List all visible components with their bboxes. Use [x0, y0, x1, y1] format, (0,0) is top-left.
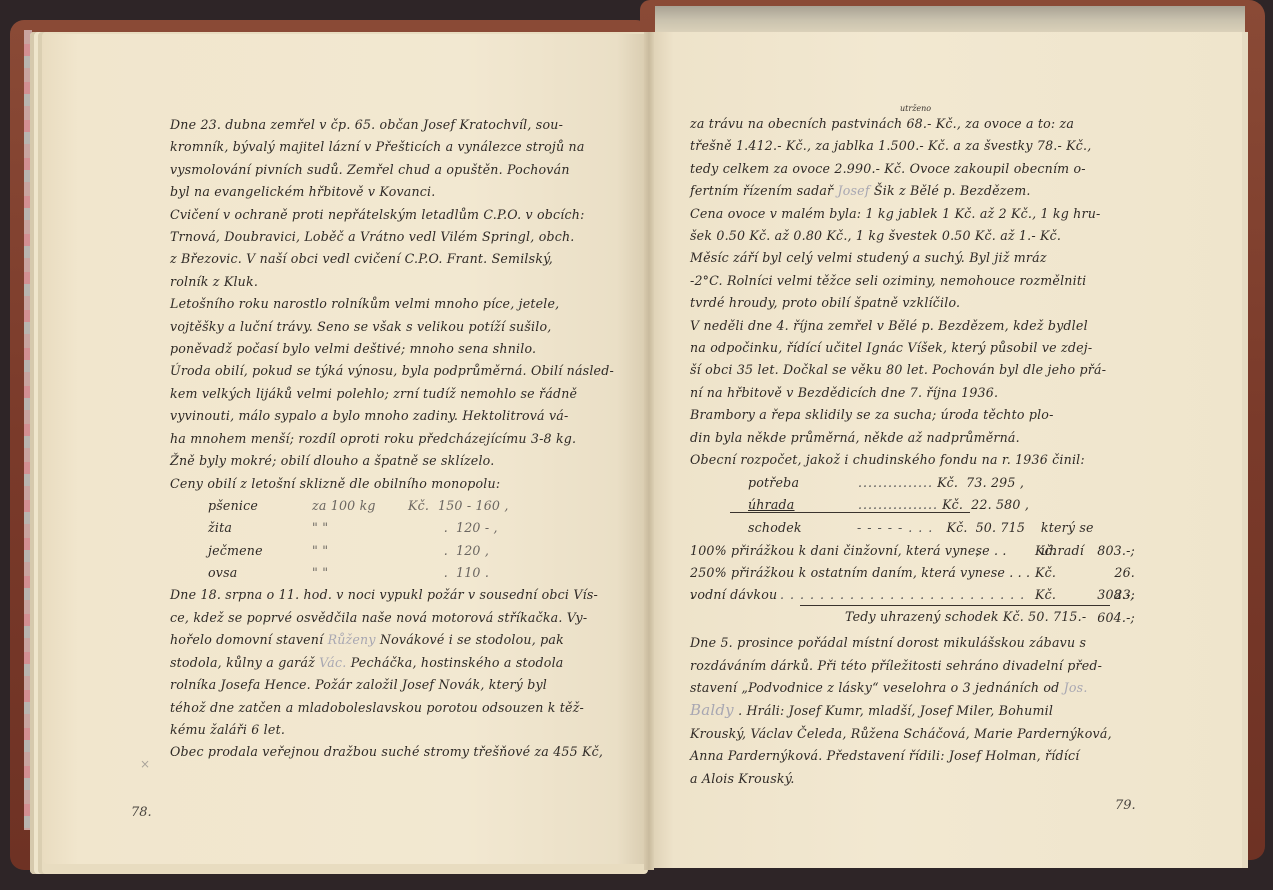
- coverage-amount: 23. 604.-;: [1075, 584, 1135, 606]
- text-line: za trávu na obecních pastvinách 68.- Kč.…: [690, 113, 1140, 135]
- text-line: vyvinouti, málo sypalo a bylo mnoho zadi…: [170, 405, 600, 427]
- grain-name: ječmene: [208, 540, 312, 562]
- paragraph-air-defense: Cvičení v ochraně proti nepřátelským let…: [170, 204, 600, 294]
- text-line: rolníka Josefa Hence. Požár založil Jose…: [170, 674, 600, 696]
- coverage-currency: Kč.: [1035, 540, 1075, 562]
- text-line: Dne 18. srpna o 11. hod. v noci vypukl p…: [170, 584, 600, 606]
- budget-currency: Kč.: [942, 494, 963, 516]
- text-line: ce, kdež se poprvé osvědčila naše nová m…: [170, 607, 600, 629]
- coverage-row: vodní dávkou . . . . . . . . . . . . . .…: [690, 584, 1140, 606]
- budget-currency: Kč.: [937, 472, 958, 494]
- text-segment: hořelo domovní stavení: [170, 632, 323, 647]
- grain-name: ovsa: [208, 562, 312, 584]
- text-line: ší obci 35 let. Dočkal se věku 80 let. P…: [690, 359, 1140, 381]
- page-number-right: 79.: [1115, 798, 1136, 813]
- right-page-text: za trávu na obecních pastvinách 68.- Kč.…: [690, 113, 1140, 790]
- text-line: kromník, bývalý majitel lázní v Přešticí…: [170, 136, 600, 158]
- coverage-text: 250% přirážkou k ostatním daním, která v…: [690, 562, 1035, 584]
- pencil-annotation: Růženy: [328, 632, 376, 647]
- text-line: kem velkých lijáků velmi polehlo; zrní t…: [170, 383, 600, 405]
- price-row: pšenice za 100 kg Kč. 150 - 160 ,: [208, 495, 600, 517]
- grain-unit: " ": [312, 517, 408, 539]
- text-line: rolník z Kluk.: [170, 271, 600, 293]
- coverage-currency: Kč.: [1035, 562, 1075, 584]
- text-line: kému žaláři 6 let.: [170, 719, 600, 741]
- text-line: Baldy . Hráli: Josef Kumr, mladší, Josef…: [690, 699, 1140, 722]
- grain-price: 120 - ,: [456, 517, 576, 539]
- text-line: -2°C. Rolníci velmi těžce seli oziminy, …: [690, 270, 1140, 292]
- text-segment: Pecháčka, hostinského a stodola: [351, 655, 564, 670]
- text-line: Obecní rozpočet, jakož i chudinského fon…: [690, 449, 1140, 471]
- budget-total-row: Tedy uhrazený schodek Kč. 50. 715.-: [690, 606, 1140, 628]
- budget-dots: - - - - - . . . .: [857, 517, 943, 539]
- price-row: ovsa " " . 110 .: [208, 562, 600, 584]
- text-line: V neděli dne 4. října zemřel v Bělé p. B…: [690, 315, 1140, 337]
- text-line: stavení „Podvodnice z lásky“ veselohra o…: [690, 677, 1140, 699]
- paragraph-fruit-sales: za trávu na obecních pastvinách 68.- Kč.…: [690, 113, 1140, 203]
- budget-row: schodek - - - - - . . . . Kč. 50. 715 , …: [690, 517, 1140, 539]
- budget-label: úhrada: [690, 494, 858, 516]
- text-line: a Alois Krouský.: [690, 768, 1140, 790]
- text-segment: fertním řízením sadař: [690, 183, 833, 198]
- coverage-text: vodní dávkou: [690, 584, 780, 606]
- text-line: byl na evangelickém hřbitově v Kovanci.: [170, 181, 600, 203]
- budget-amount: 22. 580 ,: [971, 494, 1029, 516]
- text-line: ha mnohem menší; rozdíl oproti roku před…: [170, 428, 600, 450]
- text-line: Ceny obilí z letošní sklizně dle obilníh…: [170, 473, 600, 495]
- budget-label: schodek: [690, 517, 857, 539]
- text-line: hořelo domovní stavení Růženy Novákové i…: [170, 629, 600, 651]
- grain-currency: .: [408, 562, 456, 584]
- text-line: Žně byly mokré; obilí dlouho a špatně se…: [170, 450, 600, 472]
- budget-row: úhrada ................ Kč. 22. 580 ,: [690, 494, 1140, 516]
- text-line: vojtěšky a luční trávy. Seno se však s v…: [170, 316, 600, 338]
- grain-unit: " ": [312, 540, 408, 562]
- text-segment: stodola, kůlny a garáž: [170, 655, 315, 670]
- text-line: Měsíc září byl celý velmi studený a such…: [690, 247, 1140, 269]
- coverage-amount: 803.-;: [1075, 540, 1135, 562]
- coverage-row: 100% přirážkou k dani činžovní, která vy…: [690, 540, 1140, 562]
- coverage-text: 100% přirážkou k dani činžovní, která vy…: [690, 540, 1035, 562]
- coverage-amount: 26. 308.-;: [1075, 562, 1135, 584]
- paragraph-kratochvil-death: Dne 23. dubna zemřel v čp. 65. občan Jos…: [170, 114, 600, 204]
- budget-table: potřeba ............... Kč. 73. 295 , úh…: [690, 472, 1140, 629]
- paragraph-fruit-prices: Cena ovoce v malém byla: 1 kg jablek 1 K…: [690, 203, 1140, 248]
- text-line: šek 0.50 Kč. až 0.80 Kč., 1 kg švestek 0…: [690, 225, 1140, 247]
- text-line: rozdáváním dárků. Při této příležitosti …: [690, 655, 1140, 677]
- pencil-annotation: Baldy: [690, 701, 734, 719]
- grain-unit: " ": [312, 562, 408, 584]
- paragraph-potato-harvest: Brambory a řepa sklidily se za sucha; úr…: [690, 404, 1140, 449]
- text-line: tvrdé hroudy, proto obilí špatně vzklíči…: [690, 292, 1140, 314]
- text-line: ní na hřbitově v Bezdědicích dne 7. říjn…: [690, 382, 1140, 404]
- text-line: Dne 23. dubna zemřel v čp. 65. občan Jos…: [170, 114, 600, 136]
- stray-mark: ×: [140, 757, 150, 771]
- margin-note: utrženo: [900, 104, 931, 113]
- paragraph-fire: Dne 18. srpna o 11. hod. v noci vypukl p…: [170, 584, 600, 741]
- left-page-text: Dne 23. dubna zemřel v čp. 65. občan Jos…: [170, 114, 600, 764]
- text-line: tedy celkem za ovoce 2.990.- Kč. Ovoce z…: [690, 158, 1140, 180]
- text-segment: . Hráli: Josef Kumr, mladší, Josef Miler…: [738, 703, 1053, 718]
- text-line: Trnová, Doubravici, Loběč a Vrátno vedl …: [170, 226, 600, 248]
- text-segment: stavení „Podvodnice z lásky“ veselohra o…: [690, 680, 1059, 695]
- grain-price: 120 ,: [456, 540, 576, 562]
- text-line: Krouský, Václav Čeleda, Růžena Scháčová,…: [690, 723, 1140, 745]
- text-segment: Šik z Bělé p. Bezdězem.: [874, 183, 1031, 198]
- page-number-left: 78.: [131, 805, 152, 820]
- text-line: z Březovic. V naší obci vedl cvičení C.P…: [170, 248, 600, 270]
- grain-currency: Kč.: [408, 495, 438, 517]
- paragraph-st-nicholas-party: Dne 5. prosince pořádal místní dorost mi…: [690, 632, 1140, 790]
- budget-section: Obecní rozpočet, jakož i chudinského fon…: [690, 449, 1140, 628]
- paragraph-teacher-death: V neděli dne 4. října zemřel v Bělé p. B…: [690, 315, 1140, 405]
- text-line: na odpočinku, řídící učitel Ignác Víšek,…: [690, 337, 1140, 359]
- budget-amount: 50. 715 ,: [976, 517, 1033, 539]
- price-row: ječmene " " . 120 ,: [208, 540, 600, 562]
- grain-name: žita: [208, 517, 312, 539]
- budget-dots: ...............: [858, 472, 933, 494]
- book-gutter: [644, 32, 654, 870]
- text-line: fertním řízením sadař Josef Šik z Bělé p…: [690, 180, 1140, 202]
- text-line: téhož dne zatčen a mladoboleslavskou por…: [170, 697, 600, 719]
- grain-currency: .: [408, 540, 456, 562]
- budget-row: potřeba ............... Kč. 73. 295 ,: [690, 472, 1140, 494]
- grain-price-table: pšenice za 100 kg Kč. 150 - 160 , žita "…: [208, 495, 600, 585]
- grain-currency: .: [408, 517, 456, 539]
- text-line: Brambory a řepa sklidily se za sucha; úr…: [690, 404, 1140, 426]
- coverage-row: 250% přirážkou k ostatním daním, která v…: [690, 562, 1140, 584]
- budget-currency: Kč.: [946, 517, 967, 539]
- pencil-annotation: Vác.: [319, 655, 346, 670]
- grain-price: 110 .: [456, 562, 576, 584]
- paragraph-tree-sale: Obec prodala veřejnou dražbou suché stro…: [170, 741, 600, 763]
- text-line: stodola, kůlny a garáž Vác. Pecháčka, ho…: [170, 652, 600, 674]
- paragraph-weather: Měsíc září byl celý velmi studený a such…: [690, 247, 1140, 314]
- text-line: Cena ovoce v malém byla: 1 kg jablek 1 K…: [690, 203, 1140, 225]
- grain-name: pšenice: [208, 495, 312, 517]
- text-line: Cvičení v ochraně proti nepřátelským let…: [170, 204, 600, 226]
- pencil-annotation: Josef: [837, 183, 869, 198]
- budget-note: který se uhradí: [1041, 517, 1140, 539]
- paragraph-harvest: Letošního roku narostlo rolníkům velmi m…: [170, 293, 600, 472]
- page-stack-right-top: [655, 6, 1245, 34]
- text-line: třešně 1.412.- Kč., za jablka 1.500.- Kč…: [690, 135, 1140, 157]
- budget-label: potřeba: [690, 472, 858, 494]
- text-segment: Novákové i se stodolou, pak: [380, 632, 564, 647]
- text-line: vysmolování pivních sudů. Zemřel chud a …: [170, 159, 600, 181]
- text-line: Dne 5. prosince pořádal místní dorost mi…: [690, 632, 1140, 654]
- text-line: poněvadž počasí bylo velmi deštivé; mnoh…: [170, 338, 600, 360]
- text-line: Letošního roku narostlo rolníkům velmi m…: [170, 293, 600, 315]
- text-line: Anna Pardernýková. Představení řídili: J…: [690, 745, 1140, 767]
- text-line: Obec prodala veřejnou dražbou suché stro…: [170, 741, 600, 763]
- paragraph-grain-prices-intro: Ceny obilí z letošní sklizně dle obilníh…: [170, 473, 600, 495]
- grain-unit: za 100 kg: [312, 495, 408, 517]
- text-line: din byla někde průměrná, někde až nadprů…: [690, 427, 1140, 449]
- text-line: Úroda obilí, pokud se týká výnosu, byla …: [170, 360, 600, 382]
- pencil-annotation: Jos.: [1064, 680, 1088, 695]
- coverage-dots: . . . . . . . . . . . . . . . . . . . . …: [780, 584, 1035, 606]
- coverage-currency: Kč.: [1035, 584, 1075, 606]
- budget-amount: 73. 295 ,: [966, 472, 1024, 494]
- grain-price: 150 - 160 ,: [438, 495, 558, 517]
- budget-total: Tedy uhrazený schodek Kč. 50. 715.-: [845, 606, 1086, 628]
- price-row: žita " " . 120 - ,: [208, 517, 600, 539]
- budget-dots: ................: [858, 494, 938, 516]
